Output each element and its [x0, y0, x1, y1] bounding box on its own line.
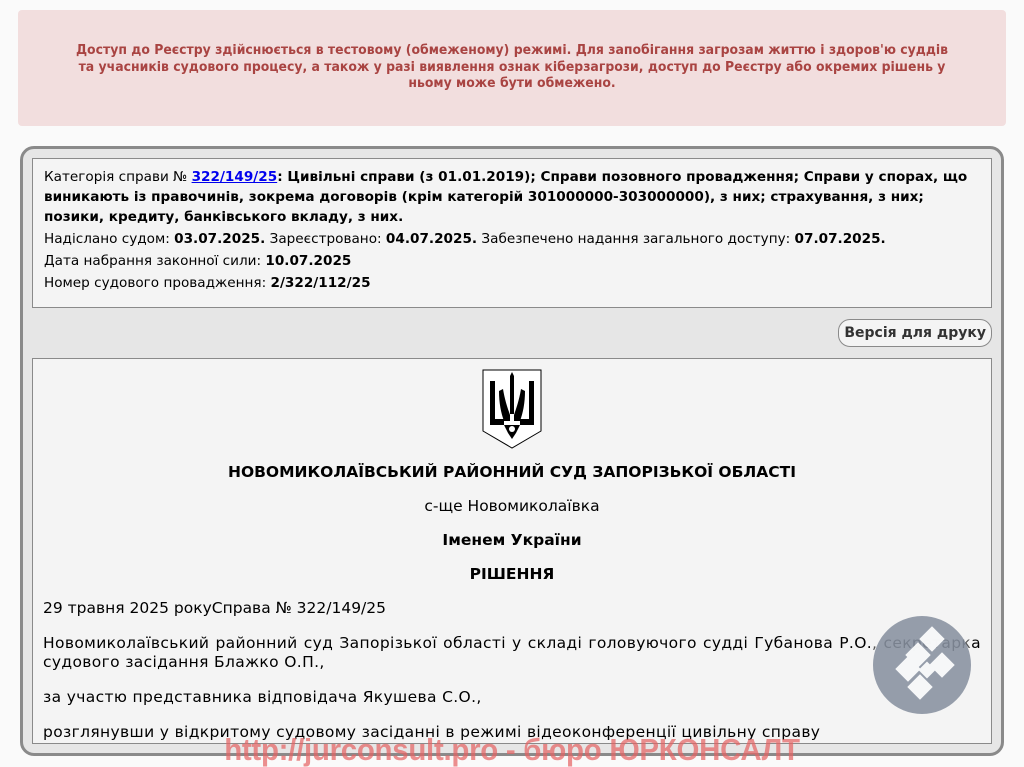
puzzle-logo-icon: [870, 614, 972, 716]
public-access-date: 07.07.2025.: [795, 231, 886, 247]
trident-coat-of-arms-icon: [482, 369, 542, 449]
case-category: Категорія справи № 322/149/25: Цивільні …: [44, 167, 980, 227]
effective-date: 10.07.2025: [265, 253, 351, 269]
case-container: Категорія справи № 322/149/25: Цивільні …: [20, 146, 1004, 756]
access-notice-banner: Доступ до Реєстру здійснюється в тестово…: [18, 10, 1006, 126]
case-dates: Надіслано судом: 03.07.2025. Зареєстрова…: [44, 229, 980, 249]
court-name: НОВОМИКОЛАЇВСЬКИЙ РАЙОННИЙ СУД ЗАПОРІЗЬК…: [43, 463, 981, 481]
case-info-panel: Категорія справи № 322/149/25: Цивільні …: [32, 158, 992, 308]
court-composition-paragraph: Новомиколаївський районний суд Запорізьк…: [43, 634, 981, 672]
sent-date: 03.07.2025.: [174, 231, 265, 247]
decision-date-case-number: 29 травня 2025 рокуСправа № 322/149/25: [43, 599, 981, 618]
effective-date-row: Дата набрання законної сили: 10.07.2025: [44, 251, 980, 271]
proceeding-number: 2/322/112/25: [271, 275, 371, 291]
case-number-link[interactable]: 322/149/25: [192, 169, 278, 185]
proceeding-number-row: Номер судового провадження: 2/322/112/25: [44, 273, 980, 293]
print-version-button[interactable]: Версія для друку: [838, 319, 992, 347]
document-type-title: РІШЕННЯ: [43, 565, 981, 583]
access-notice-text: Доступ до Реєстру здійснюється в тестово…: [67, 43, 956, 93]
in-name-of-ukraine: Іменем України: [43, 531, 981, 549]
decision-document: НОВОМИКОЛАЇВСЬКИЙ РАЙОННИЙ СУД ЗАПОРІЗЬК…: [32, 358, 992, 744]
court-location: с-ще Новомиколаївка: [43, 497, 981, 515]
participants-paragraph: за участю представника відповідача Якуше…: [43, 688, 981, 707]
registered-date: 04.07.2025.: [386, 231, 477, 247]
watermark-text: http://jurconsult.pro - бюро ЮРКОНСАЛТ: [26, 733, 999, 767]
